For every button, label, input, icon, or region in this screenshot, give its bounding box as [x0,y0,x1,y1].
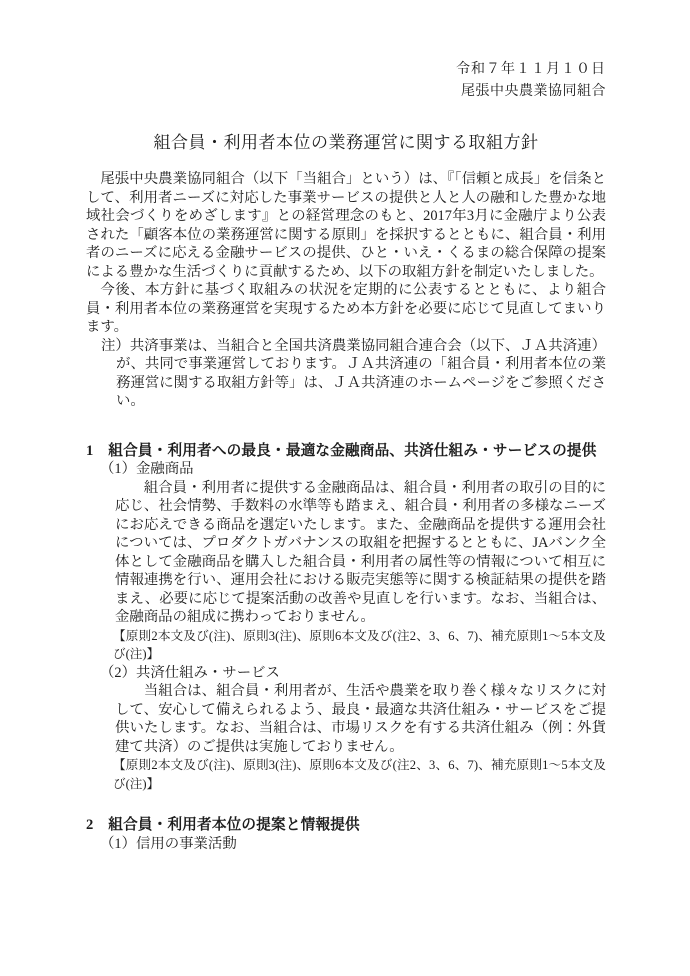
intro-paragraph-1: 尾張中央農業協同組合（以下「当組合」という）は、『「信頼と成長」を信条として、利… [86,170,606,281]
intro-note: 注）共済事業は、当組合と全国共済農業協同組合連合会（以下、ＪＡ共済連）が、共同で… [86,337,606,411]
subsection-1-1-label: （1）金融商品 [100,460,606,479]
subsection-1-2-label: （2）共済仕組み・サービス [100,664,606,683]
subsection-1-1: （1）金融商品 組合員・利用者に提供する金融商品は、組合員・利用者の取引の目的に… [86,460,606,664]
organization-name: 尾張中央農業協同組合 [86,82,606,101]
subsection-2-1-label: （1）信用の事業活動 [100,835,606,854]
section-2: 2 組合員・利用者本位の提案と情報提供 （1）信用の事業活動 [86,816,606,853]
section-1-heading: 1 組合員・利用者への最良・最適な金融商品、共済仕組み・サービスの提供 [86,442,606,461]
document-title: 組合員・利用者本位の業務運営に関する取組方針 [86,128,606,153]
subsection-2-1: （1）信用の事業活動 [86,835,606,854]
subsection-1-1-principles: 【原則2本文及び(注)、原則3(注)、原則6本文及び(注2、3、6、7)、補充原… [113,627,606,664]
subsection-1-1-body: 組合員・利用者に提供する金融商品は、組合員・利用者の取引の目的に応じ、社会情勢、… [115,479,606,627]
subsection-1-2-body: 当組合は、組合員・利用者が、生活や農業を取り巻く様々なリスクに対して、安心して備… [115,682,606,756]
document-header: 令和７年１１月１０日 尾張中央農業協同組合 [86,60,606,101]
document-page: 令和７年１１月１０日 尾張中央農業協同組合 組合員・利用者本位の業務運営に関する… [0,0,690,976]
subsection-1-2: （2）共済仕組み・サービス 当組合は、組合員・利用者が、生活や農業を取り巻く様々… [86,664,606,794]
document-date: 令和７年１１月１０日 [86,60,606,79]
section-2-heading: 2 組合員・利用者本位の提案と情報提供 [86,816,606,835]
section-1: 1 組合員・利用者への最良・最適な金融商品、共済仕組み・サービスの提供 （1）金… [86,442,606,794]
subsection-1-2-principles: 【原則2本文及び(注)、原則3(注)、原則6本文及び(注2、3、6、7)、補充原… [113,756,606,793]
intro-paragraph-2: 今後、本方針に基づく取組みの状況を定期的に公表するとともに、より組合員・利用者本… [86,281,606,337]
